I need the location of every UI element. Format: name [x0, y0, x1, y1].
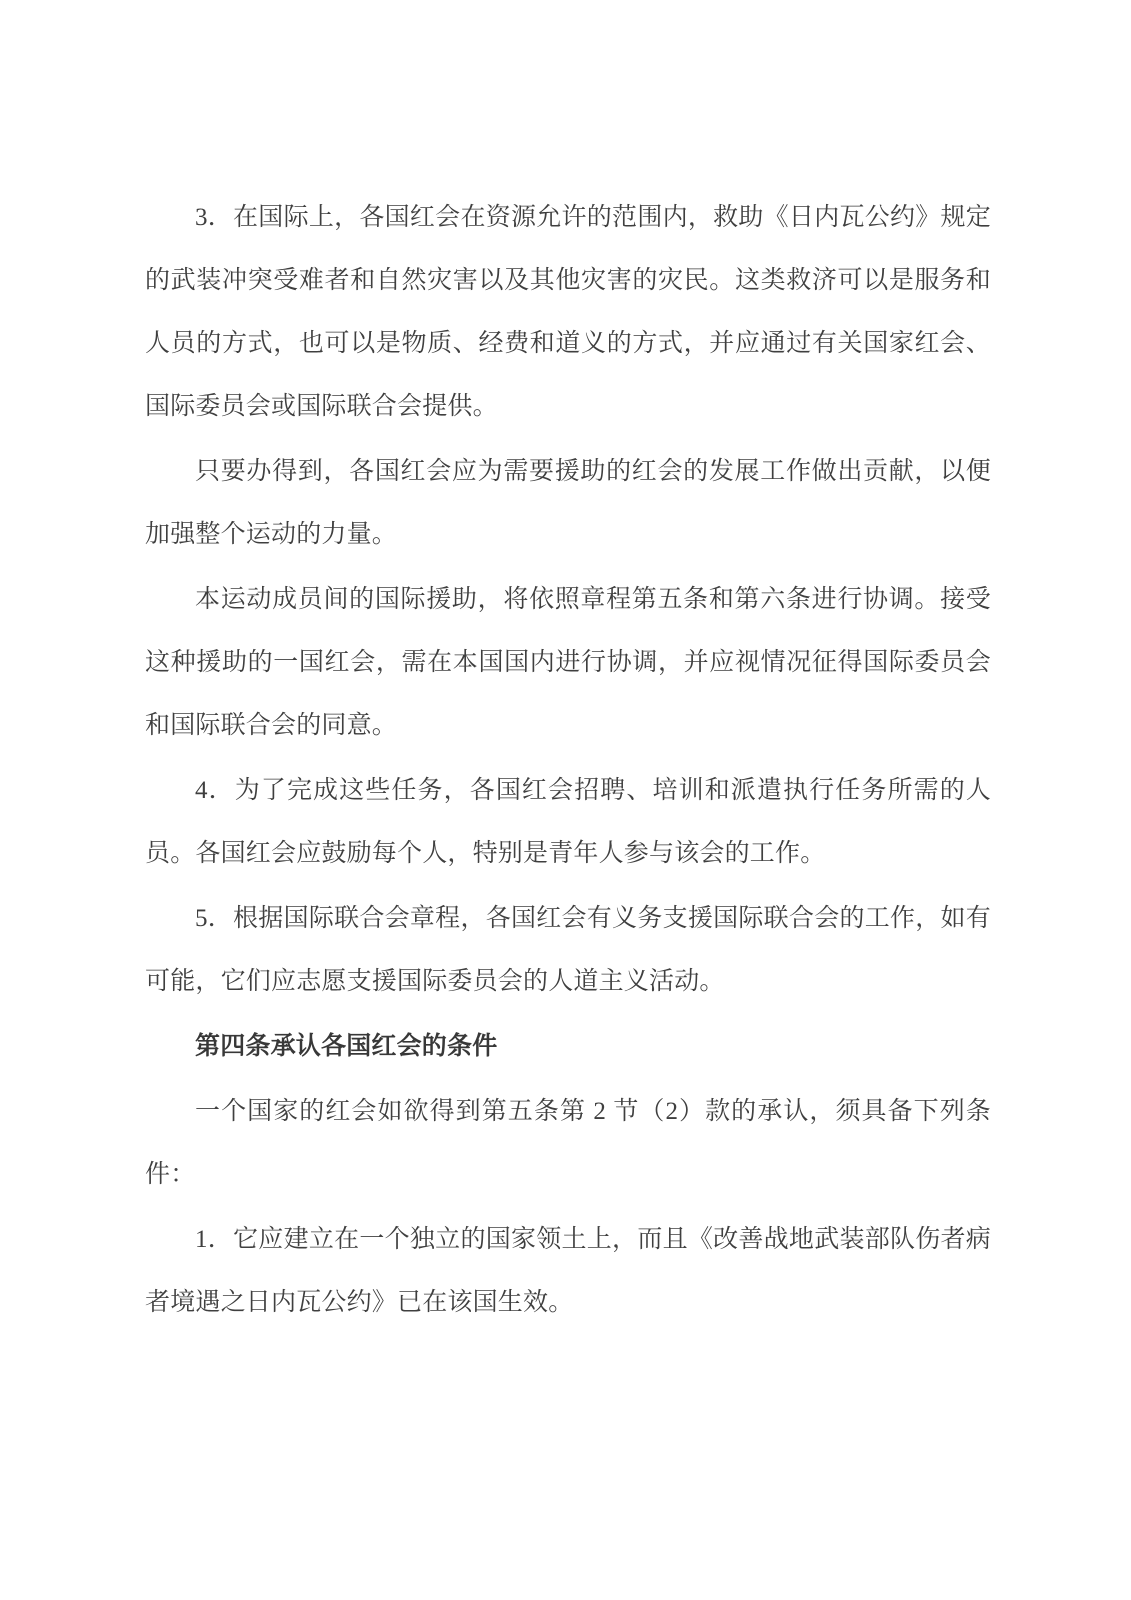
paragraph: 4．为了完成这些任务，各国红会招聘、培训和派遣执行任务所需的人员。各国红会应鼓励…	[145, 759, 991, 885]
paragraph: 3．在国际上，各国红会在资源允许的范围内，救助《日内瓦公约》规定的武装冲突受难者…	[145, 186, 991, 438]
paragraph: 1．它应建立在一个独立的国家领土上，而且《改善战地武装部队伤者病者境遇之日内瓦公…	[145, 1208, 991, 1334]
paragraph: 5．根据国际联合会章程，各国红会有义务支援国际联合会的工作，如有可能，它们应志愿…	[145, 887, 991, 1013]
section-heading-article-4: 第四条承认各国红会的条件	[145, 1015, 991, 1078]
paragraph: 本运动成员间的国际援助，将依照章程第五条和第六条进行协调。接受这种援助的一国红会…	[145, 568, 991, 757]
document-body: 3．在国际上，各国红会在资源允许的范围内，救助《日内瓦公约》规定的武装冲突受难者…	[145, 186, 991, 1334]
paragraph: 只要办得到，各国红会应为需要援助的红会的发展工作做出贡献，以便加强整个运动的力量…	[145, 440, 991, 566]
paragraph: 一个国家的红会如欲得到第五条第 2 节（2）款的承认，须具备下列条件：	[145, 1080, 991, 1206]
document-page: 3．在国际上，各国红会在资源允许的范围内，救助《日内瓦公约》规定的武装冲突受难者…	[0, 0, 1131, 1600]
